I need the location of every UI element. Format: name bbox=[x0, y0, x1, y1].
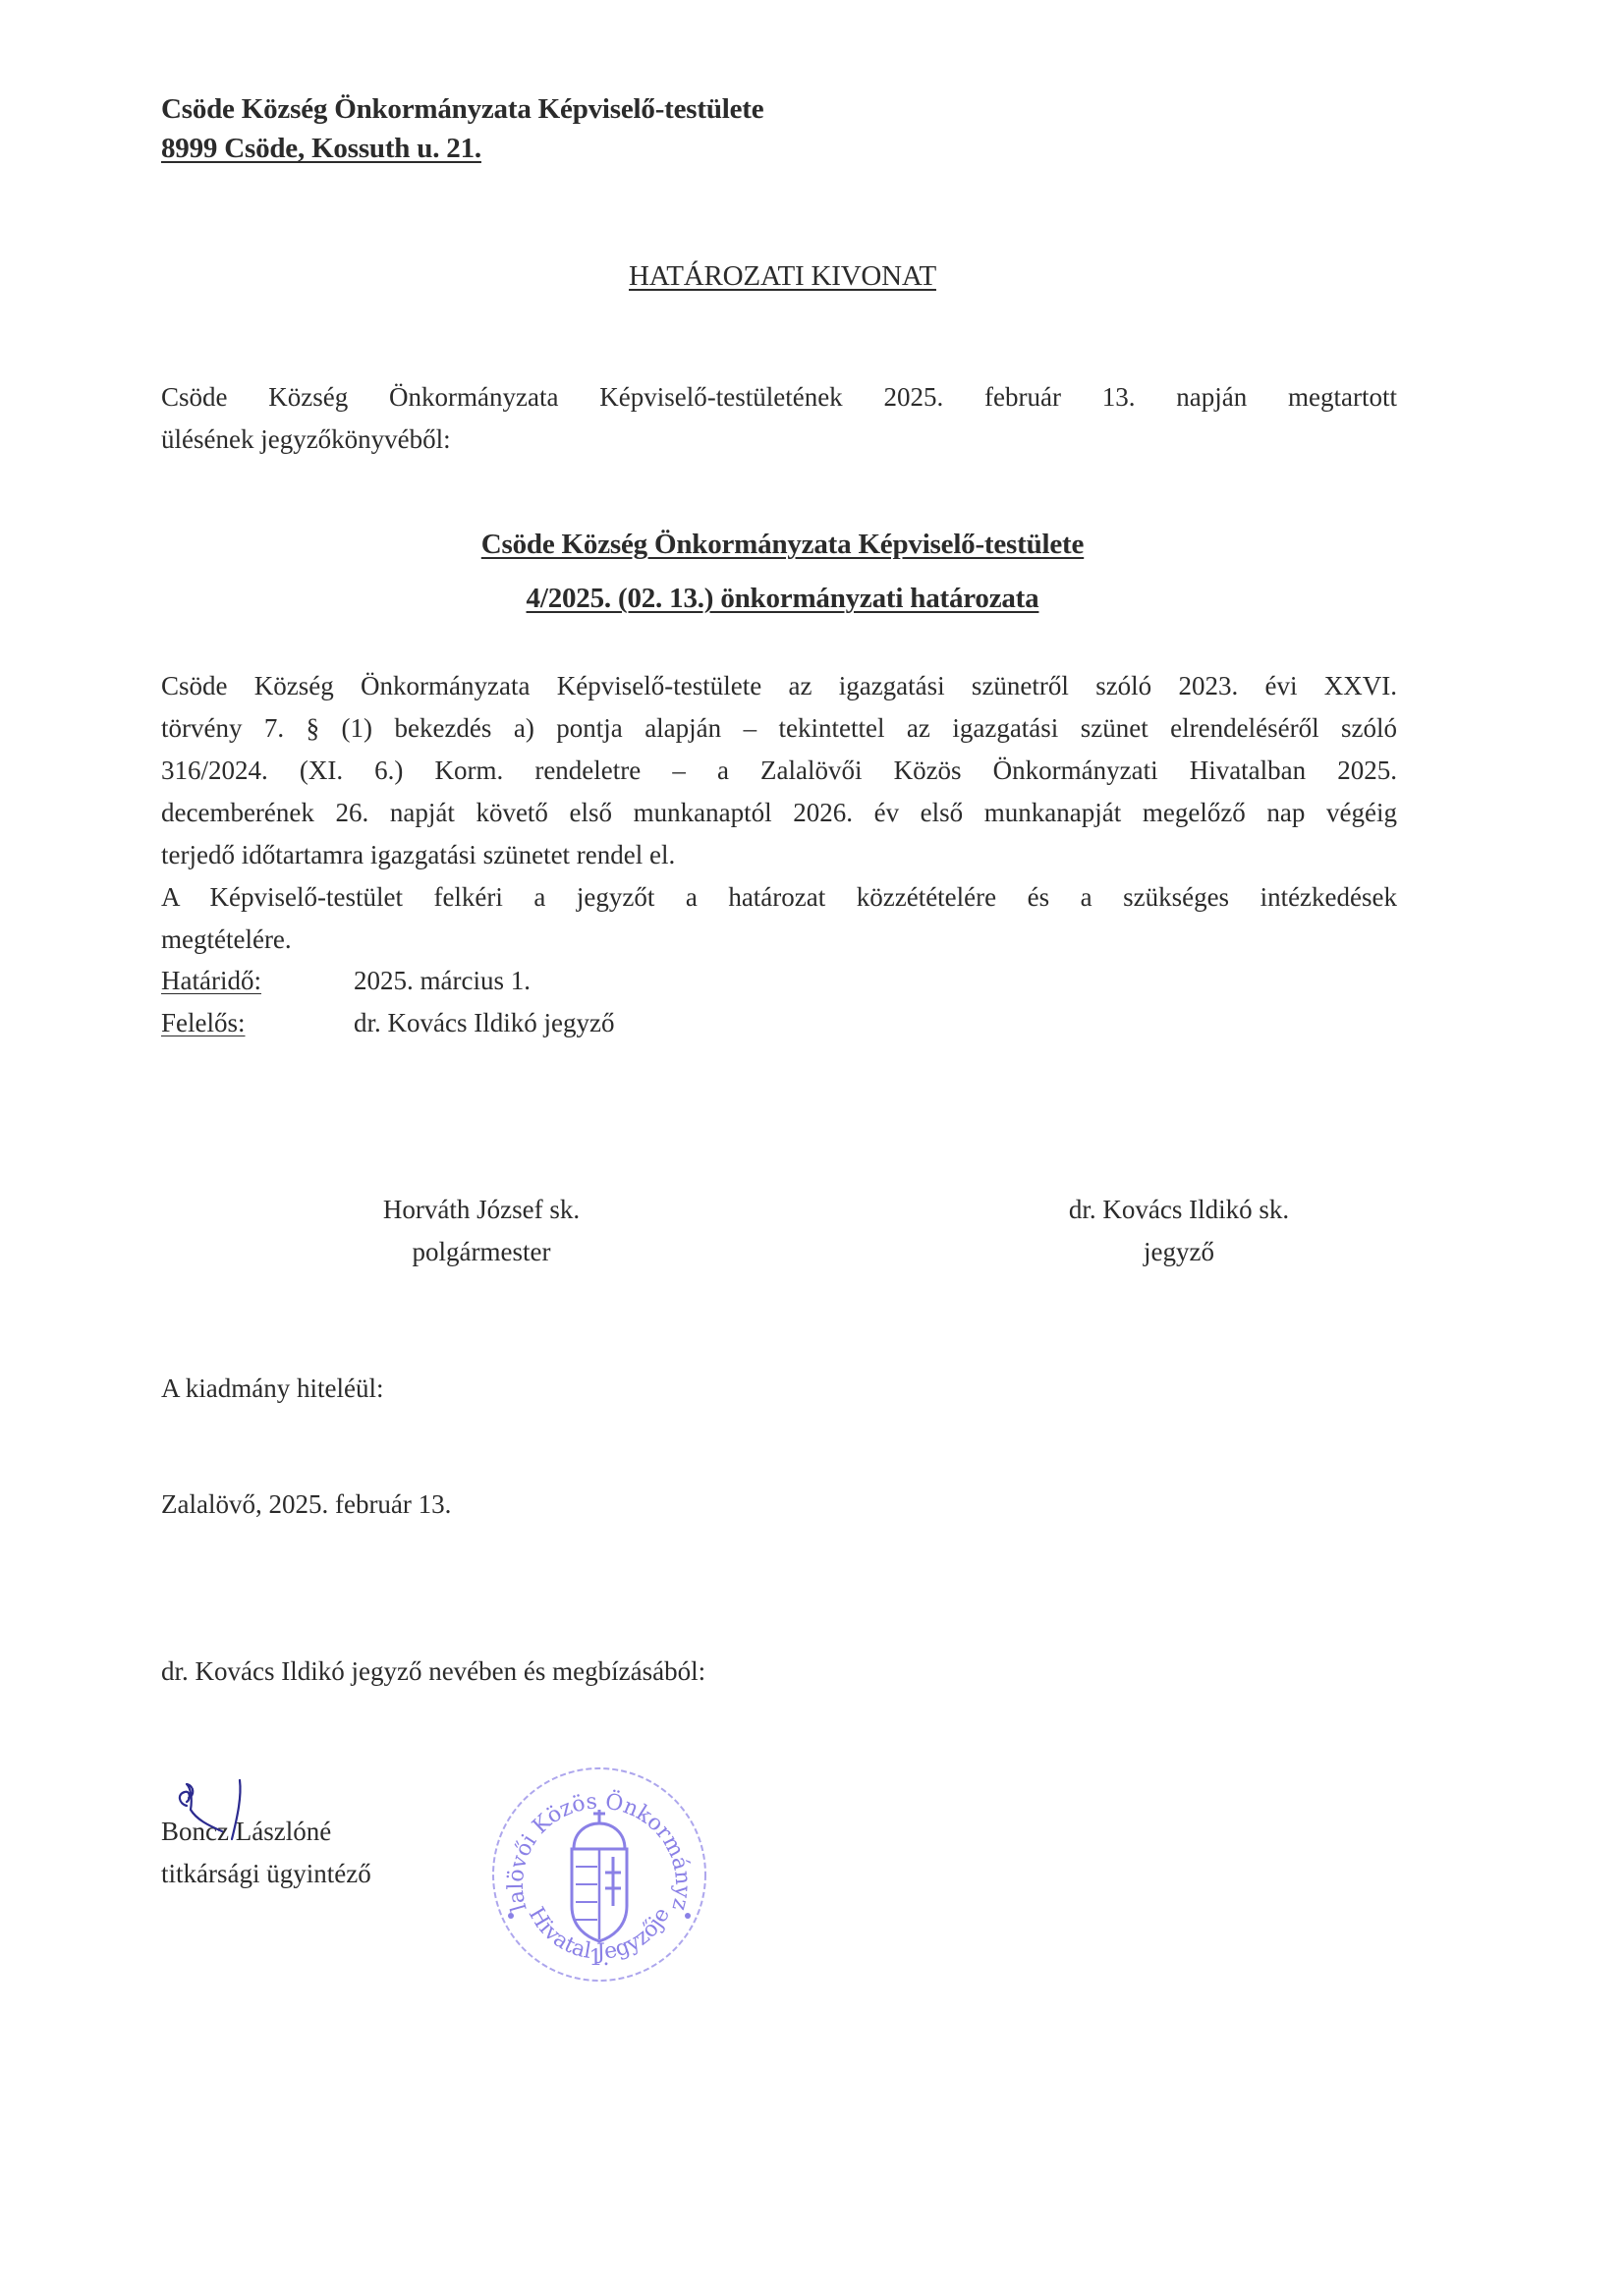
place-date: Zalalövő, 2025. február 13. bbox=[161, 1483, 451, 1526]
on-behalf-statement: dr. Kovács Ildikó jegyző nevében és megb… bbox=[161, 1651, 705, 1693]
body-line: terjedő időtartamra igazgatási szünetet … bbox=[161, 834, 1397, 876]
clerk-title: titkársági ügyintéző bbox=[161, 1853, 371, 1895]
notary-name: dr. Kovács Ildikó sk. bbox=[992, 1189, 1366, 1231]
mayor-title: polgármester bbox=[295, 1231, 668, 1273]
intro-paragraph: Csöde Község Önkormányzata Képviselő-tes… bbox=[161, 376, 1397, 461]
organization-name: Csöde Község Önkormányzata Képviselő-tes… bbox=[161, 93, 763, 126]
request-line: megtételére. bbox=[161, 919, 1397, 961]
authentication-label: A kiadmány hiteléül: bbox=[161, 1368, 383, 1410]
official-stamp-icon: Zalalövői Közös Önkormányzati Hivatal Je… bbox=[481, 1759, 717, 1994]
mayor-name: Horváth József sk. bbox=[295, 1189, 668, 1231]
responsible-value: dr. Kovács Ildikó jegyző bbox=[354, 1002, 614, 1044]
svg-text:1.: 1. bbox=[589, 1946, 610, 1971]
intro-line-2: ülésének jegyzőkönyvéből: bbox=[161, 419, 1397, 461]
body-line: decemberének 26. napját követő első munk… bbox=[161, 792, 1397, 834]
body-line: törvény 7. § (1) bekezdés a) pontja alap… bbox=[161, 707, 1397, 750]
handwritten-signature-icon bbox=[169, 1776, 267, 1845]
intro-line-1: Csöde Község Önkormányzata Képviselő-tes… bbox=[161, 376, 1397, 419]
deadline-value: 2025. március 1. bbox=[354, 960, 531, 1002]
body-line: 316/2024. (XI. 6.) Korm. rendeletre – a … bbox=[161, 750, 1397, 792]
document-title: HATÁROZATI KIVONAT bbox=[0, 260, 1565, 293]
notary-signature-block: dr. Kovács Ildikó sk. jegyző bbox=[992, 1189, 1366, 1273]
notary-title: jegyző bbox=[992, 1231, 1366, 1273]
resolution-body: Csöde Község Önkormányzata Képviselő-tes… bbox=[161, 665, 1397, 961]
body-line: Csöde Község Önkormányzata Képviselő-tes… bbox=[161, 665, 1397, 707]
responsible-label: Felelős: bbox=[161, 1002, 246, 1044]
organization-address: 8999 Csöde, Kossuth u. 21. bbox=[161, 133, 481, 165]
mayor-signature-block: Horváth József sk. polgármester bbox=[295, 1189, 668, 1273]
request-line: A Képviselő-testület felkéri a jegyzőt a… bbox=[161, 876, 1397, 919]
deadline-label: Határidő: bbox=[161, 960, 261, 1002]
resolution-heading-line-1: Csöde Község Önkormányzata Képviselő-tes… bbox=[0, 529, 1565, 561]
svg-text:Zalalövői Közös Önkormányzati: Zalalövői Közös Önkormányzati bbox=[481, 1759, 695, 1914]
resolution-heading-line-2: 4/2025. (02. 13.) önkormányzati határoza… bbox=[0, 583, 1565, 615]
